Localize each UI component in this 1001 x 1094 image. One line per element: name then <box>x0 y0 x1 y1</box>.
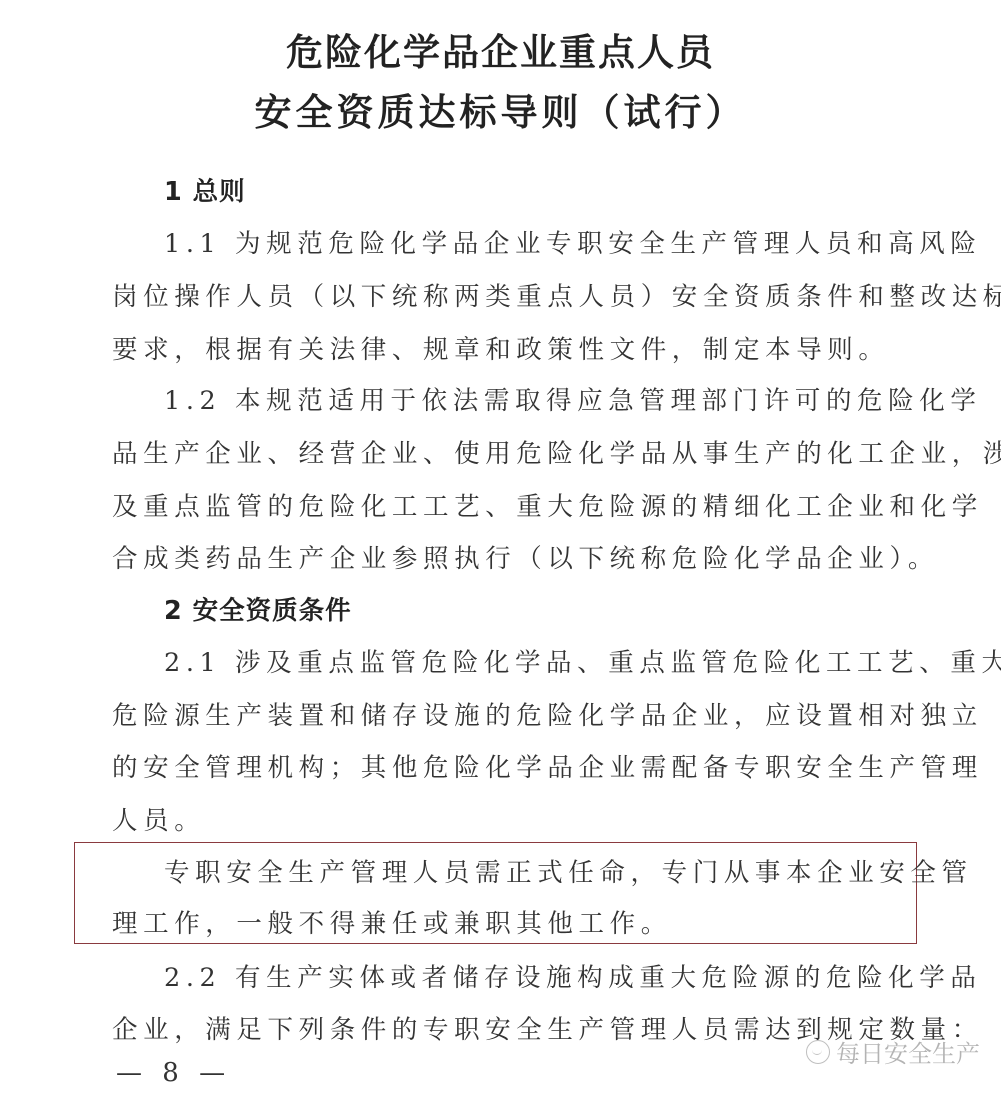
section-heading-2: 2 安全资质条件 <box>164 593 944 629</box>
paragraph-2-2-line-1: 2.2 有生产实体或者储存设施构成重大危险源的危险化学品 <box>164 960 944 996</box>
paragraph-1-1-line-3: 要求，根据有关法律、规章和政策性文件，制定本导则。 <box>112 332 892 368</box>
document-page: 危险化学品企业重点人员 安全资质达标导则（试行） 1 总则 1.1 为规范危险化… <box>0 0 1001 1094</box>
document-title-line1: 危险化学品企业重点人员 <box>0 22 1001 76</box>
paragraph-1-2-line-3: 及重点监管的危险化工工艺、重大危险源的精细化工企业和化学 <box>112 489 892 525</box>
paragraph-2-1-line-4: 人员。 <box>112 803 892 839</box>
page-number: — 8 — <box>116 1058 231 1088</box>
paragraph-2-1-line-1: 2.1 涉及重点监管危险化学品、重点监管危险化工工艺、重大 <box>164 645 944 681</box>
watermark: 每日安全生产 <box>806 1034 980 1069</box>
paragraph-2-1-line-3: 的安全管理机构；其他危险化学品企业需配备专职安全生产管理 <box>112 750 892 786</box>
paragraph-1-2-line-2: 品生产企业、经营企业、使用危险化学品从事生产的化工企业，涉 <box>112 436 892 472</box>
paragraph-2-2-line-2: 企业，满足下列条件的专职安全生产管理人员需达到规定数量： <box>112 1012 892 1048</box>
section-heading-1: 1 总则 <box>164 174 944 210</box>
paragraph-1-2-line-1: 1.2 本规范适用于依法需取得应急管理部门许可的危险化学 <box>164 383 944 419</box>
paragraph-1-1-line-1: 1.1 为规范危险化学品企业专职安全生产管理人员和高风险 <box>164 226 944 262</box>
watermark-text: 每日安全生产 <box>836 1034 980 1069</box>
highlighted-line-1: 专职安全生产管理人员需正式任命，专门从事本企业安全管 <box>164 855 944 891</box>
wechat-icon <box>806 1040 830 1064</box>
paragraph-1-1-line-2: 岗位操作人员（以下统称两类重点人员）安全资质条件和整改达标 <box>112 279 892 315</box>
highlighted-line-2: 理工作，一般不得兼任或兼职其他工作。 <box>112 906 892 942</box>
paragraph-2-1-line-2: 危险源生产装置和储存设施的危险化学品企业，应设置相对独立 <box>112 698 892 734</box>
paragraph-1-2-line-4: 合成类药品生产企业参照执行（以下统称危险化学品企业）。 <box>112 541 892 577</box>
document-title-line2: 安全资质达标导则（试行） <box>0 82 1001 136</box>
